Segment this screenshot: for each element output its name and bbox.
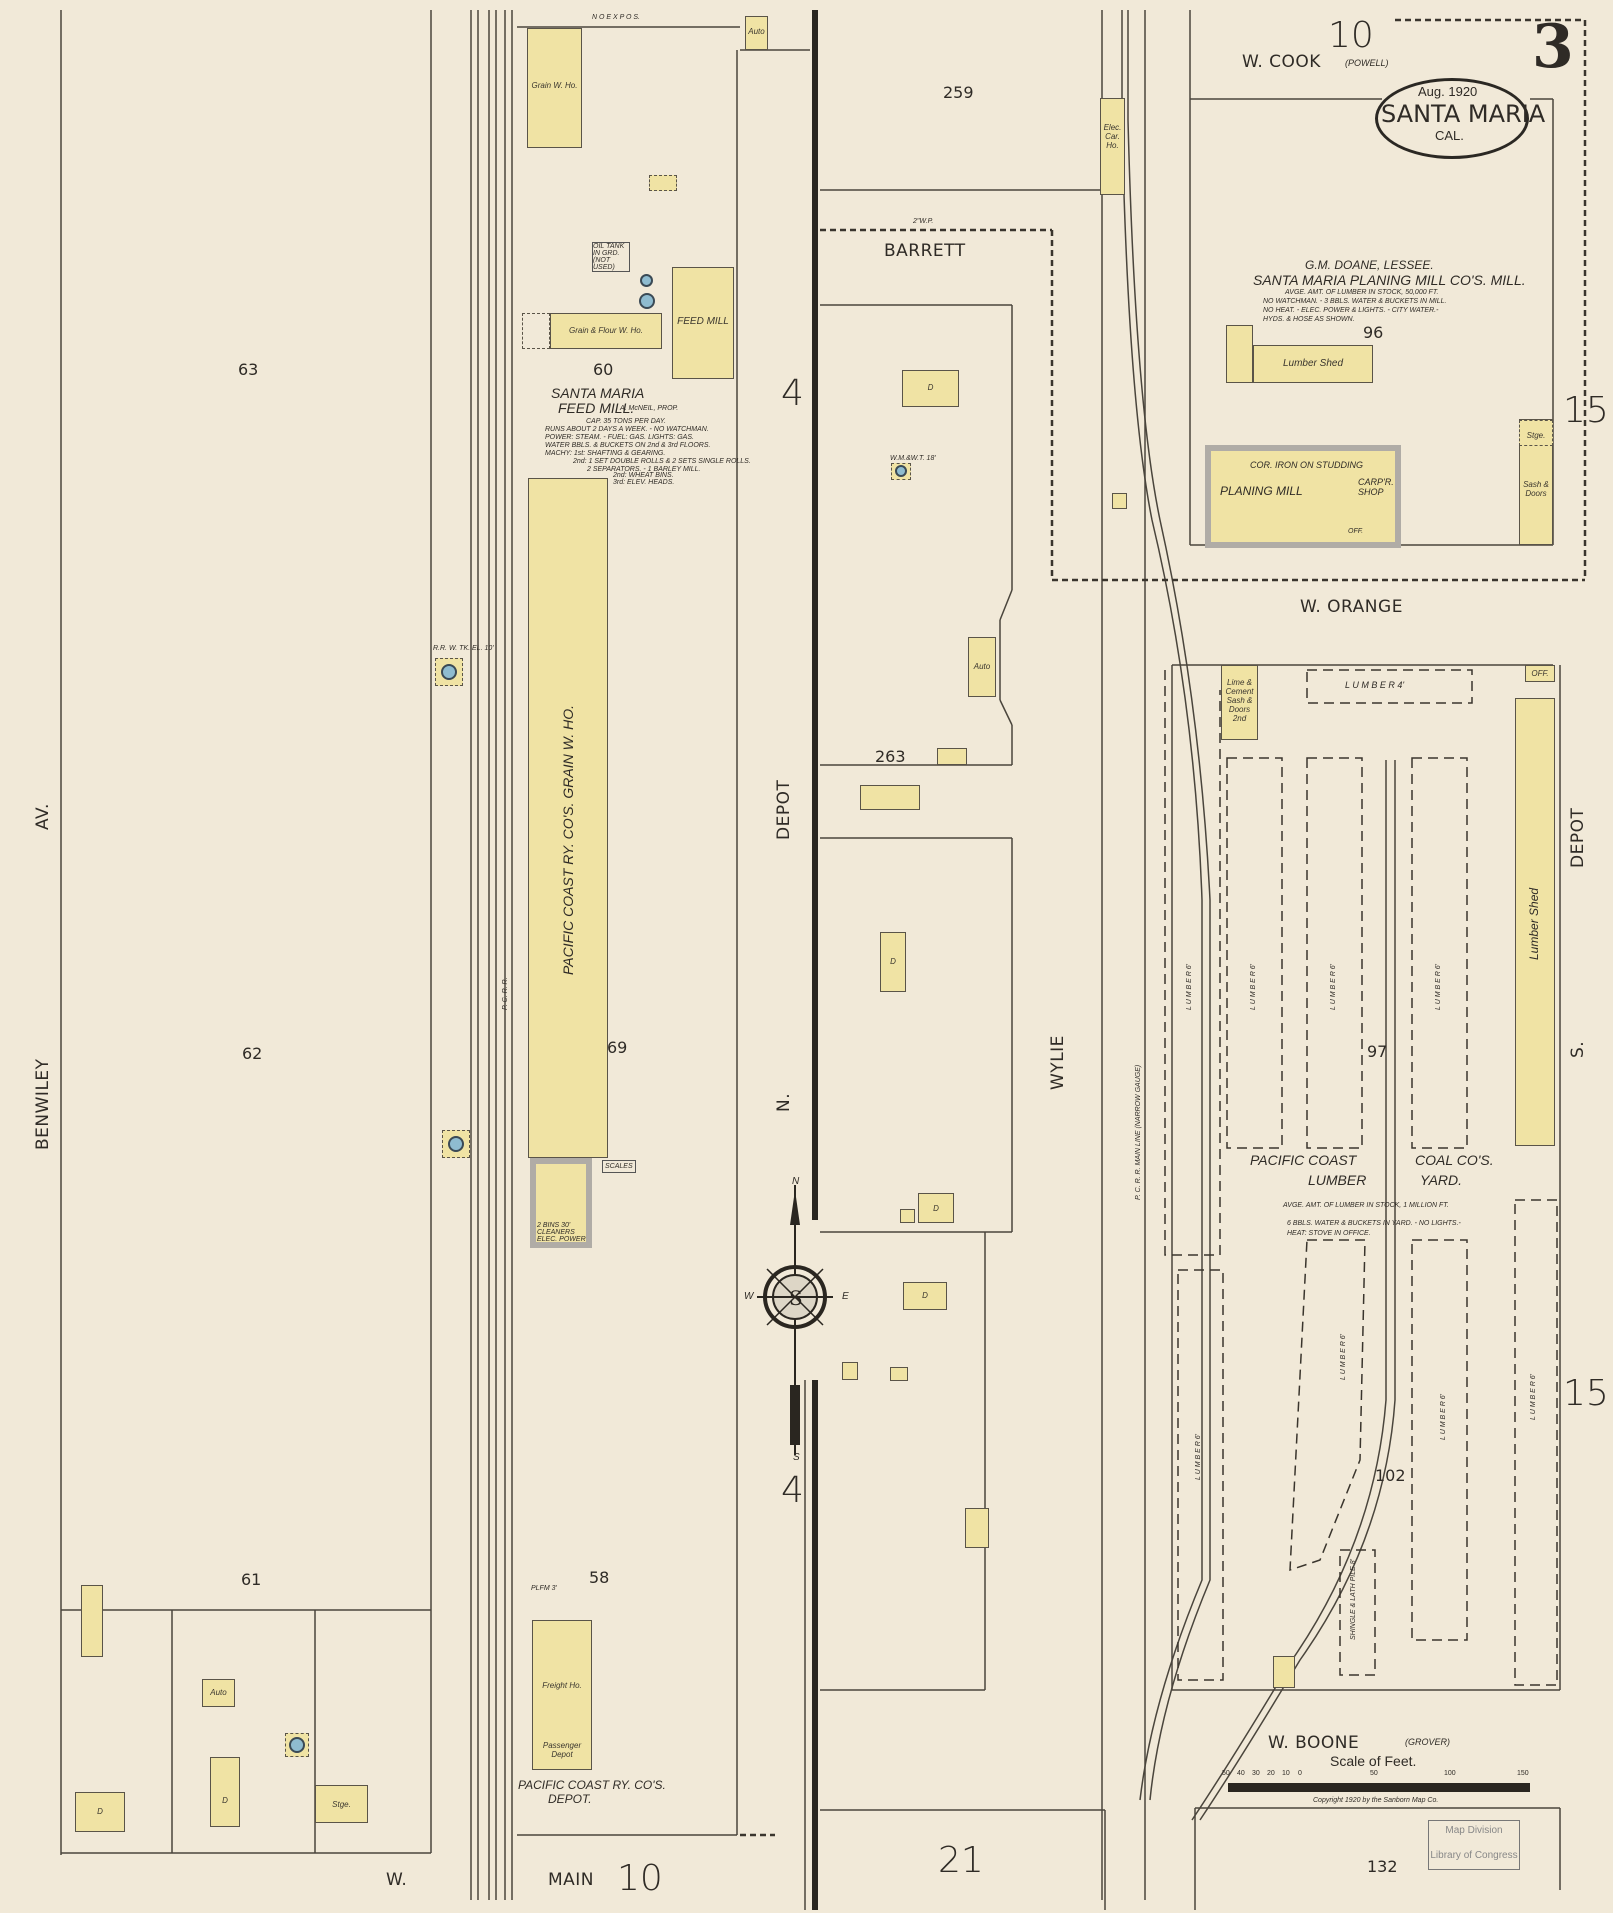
building-feed-mill: FEED MILL xyxy=(672,267,734,379)
oil-tank-label: OIL TANK IN GRD. (NOT USED) xyxy=(592,242,630,272)
platform-3-label: PLFM 3' xyxy=(531,1585,557,1592)
feed-mill-note-0: CAP. 35 TONS PER DAY. xyxy=(586,418,666,425)
block-132: 132 xyxy=(1367,1857,1398,1876)
map-sheet: Aug. 1920 SANTA MARIA CAL. 3 W. COOK (PO… xyxy=(0,0,1613,1913)
planing-note-0: AVGE. AMT. OF LUMBER IN STOCK, 50,000 FT… xyxy=(1285,289,1438,296)
street-benwiley-suffix: AV. xyxy=(33,803,53,830)
street-w-cook-alt: (POWELL) xyxy=(1345,58,1389,68)
planing-note-2: NO HEAT. - ELEC. POWER & LIGHTS. - CITY … xyxy=(1263,307,1438,314)
compass-n: N xyxy=(792,1176,799,1187)
pc-depot-label: PACIFIC COAST RY. CO'S. xyxy=(518,1778,666,1792)
building-storage-96 xyxy=(1226,325,1253,383)
off-label: OFF. xyxy=(1348,528,1363,535)
planing-mill-label: PLANING MILL xyxy=(1220,484,1303,498)
street-w-main-prefix: W. xyxy=(386,1870,407,1890)
planing-lessee: G.M. DOANE, LESSEE. xyxy=(1305,258,1434,272)
building-dwelling-263e: D xyxy=(903,1282,947,1310)
compass-e: E xyxy=(842,1291,849,1302)
block-96: 96 xyxy=(1363,323,1383,342)
street-depot-s: DEPOT xyxy=(1568,808,1588,868)
adjacent-sheet-center-lower: 4 xyxy=(781,1470,804,1511)
feed-mill-note-3: WATER BBLS. & BUCKETS ON 2nd & 3rd FLOOR… xyxy=(545,442,710,449)
lumber-pile-label: L U M B E R 6' xyxy=(1195,1434,1202,1480)
block-61: 61 xyxy=(241,1570,261,1589)
lumber-pile-label: L U M B E R 6' xyxy=(1440,1394,1447,1440)
building-auto-259: Auto xyxy=(968,637,996,697)
street-benwiley: BENWILEY xyxy=(33,1058,53,1150)
yard-sub-1: LUMBER xyxy=(1308,1172,1366,1188)
street-depot-n-prefix: N. xyxy=(774,1093,794,1112)
lumber-pile-label: L U M B E R 6' xyxy=(1340,1334,1347,1380)
title-date: Aug. 1920 xyxy=(1418,84,1477,99)
lumber-pile-label: L U M B E R 6' xyxy=(1435,964,1442,1010)
svg-text:S: S xyxy=(789,1286,803,1310)
feed-mill-note-8: 3rd: ELEV. HEADS. xyxy=(613,479,674,486)
yard-note-2: HEAT: STOVE IN OFFICE. xyxy=(1287,1230,1371,1237)
street-barrett: BARRETT xyxy=(884,241,966,261)
pcrr-label: P. C. R. R. xyxy=(502,977,509,1010)
feed-mill-note-1: RUNS ABOUT 2 DAYS A WEEK. - NO WATCHMAN. xyxy=(545,426,709,433)
street-depot-s-prefix: S. xyxy=(1568,1041,1588,1058)
elec-motor-label: 2 BINS 30' CLEANERS ELEC. POWER xyxy=(537,1222,587,1243)
street-w-cook: W. COOK xyxy=(1242,52,1321,72)
building-lumber-shed: Lumber Shed xyxy=(1253,345,1373,383)
sheet-number: 3 xyxy=(1532,12,1574,82)
block-69: 69 xyxy=(607,1038,627,1057)
scales-label: SCALES xyxy=(602,1160,636,1173)
water-tank-icon xyxy=(441,664,457,680)
pc-depot-label-2: DEPOT. xyxy=(548,1792,592,1806)
building-lime-cement: Lime & Cement Sash & Doors 2nd xyxy=(1221,665,1258,740)
yard-title-1: PACIFIC COAST xyxy=(1250,1152,1356,1168)
block-102: 102 xyxy=(1375,1466,1406,1485)
planing-title: SANTA MARIA PLANING MILL CO'S. MILL. xyxy=(1253,272,1526,288)
water-tank-259-label: W.M.&W.T. 18' xyxy=(890,455,936,462)
carp-shop-label: CARP'R. SHOP xyxy=(1358,477,1393,497)
building-storage-97 xyxy=(1273,1656,1295,1688)
block-97: 97 xyxy=(1367,1042,1387,1061)
building-dwelling-259: D xyxy=(902,370,959,407)
rr-water-tank-label: R.R. W. TK. EL. 10' xyxy=(433,645,494,652)
street-w-boone: W. BOONE xyxy=(1268,1733,1359,1753)
building-elec-car-house: Elec. Car. Ho. xyxy=(1100,98,1125,195)
water-pipe-label: 2"W.P. xyxy=(913,218,933,225)
block-259: 259 xyxy=(943,83,974,102)
copyright: Copyright 1920 by the Sanborn Map Co. xyxy=(1313,1797,1438,1804)
building-platform-west xyxy=(522,313,550,349)
building-small-wylie xyxy=(1112,493,1127,509)
adjacent-sheet-right-upper: 15 xyxy=(1563,390,1609,431)
building-office-97: OFF. xyxy=(1525,665,1555,682)
lumber-pile-label: L U M B E R 6' xyxy=(1330,964,1337,1010)
building-dwelling-263c: D xyxy=(918,1193,954,1223)
building-shed-263h xyxy=(965,1508,989,1548)
pc-grain-warehouse-label: PACIFIC COAST RY. CO'S. GRAIN W. HO. xyxy=(560,705,576,975)
compass-s: S xyxy=(793,1452,800,1463)
no-expos-label: N O E X P O S. xyxy=(592,14,640,21)
street-depot-n: DEPOT xyxy=(774,780,794,840)
building-small-263d xyxy=(900,1209,915,1223)
main-line-label: P. C. R. R. MAIN LINE (NARROW GAUGE) xyxy=(1135,1065,1142,1200)
street-main: MAIN xyxy=(548,1870,594,1890)
water-tank-icon xyxy=(639,293,655,309)
feed-mill-note-7: 2nd: WHEAT BINS. xyxy=(613,472,674,479)
water-tank-icon xyxy=(640,274,653,287)
library-stamp: Map Division Library of Congress xyxy=(1428,1820,1520,1870)
compass-rose-icon: S xyxy=(745,1175,845,1465)
planing-note-3: HYDS. & HOSE AS SHOWN. xyxy=(1263,316,1355,323)
building-freight-house: Freight Ho.Passenger Depot xyxy=(532,1620,592,1770)
block-63: 63 xyxy=(238,360,258,379)
building-small-263 xyxy=(937,748,967,765)
building-auto-61: Auto xyxy=(202,1679,235,1707)
planing-note-1: NO WATCHMAN. - 3 BBLS. WATER & BUCKETS I… xyxy=(1263,298,1446,305)
adjacent-sheet-top: 10 xyxy=(1328,15,1374,56)
water-tank-icon xyxy=(289,1737,305,1753)
block-62: 62 xyxy=(242,1044,262,1063)
feed-mill-title: SANTA MARIA xyxy=(551,385,644,401)
lumber-pile-label: L U M B E R 6' xyxy=(1530,1374,1537,1420)
building-storage-61b: Stge. xyxy=(315,1785,368,1823)
lumber-pile-label: L U M B E R 6' xyxy=(1250,964,1257,1010)
adjacent-sheet-bottom-main: 10 xyxy=(617,1858,663,1899)
lumber-shed-97-label: Lumber Shed xyxy=(1527,888,1541,960)
feed-mill-note-4: MACHY: 1st: SHAFTING & GEARING. xyxy=(545,450,665,457)
adjacent-sheet-bottom-center: 21 xyxy=(938,1840,984,1881)
building-auto-top: Auto xyxy=(745,16,768,50)
feed-mill-prop: A. McNEIL, PROP. xyxy=(620,405,678,412)
feed-mill-note-5: 2nd: 1 SET DOUBLE ROLLS & 2 SETS SINGLE … xyxy=(573,458,751,465)
building-grain-warehouse: Grain W. Ho. xyxy=(527,28,582,148)
building-storage-corner: Stge. xyxy=(1519,420,1553,446)
title-city: SANTA MARIA xyxy=(1381,100,1545,128)
cor-iron-label: COR. IRON ON STUDDING xyxy=(1250,460,1363,470)
block-263: 263 xyxy=(875,747,906,766)
adjacent-sheet-right-lower: 15 xyxy=(1563,1373,1609,1414)
building-dwelling-61b: D xyxy=(210,1757,240,1827)
building-dwelling-263 xyxy=(860,785,920,810)
feed-mill-note-2: POWER: STEAM. - FUEL: GAS. LIGHTS: GAS. xyxy=(545,434,694,441)
lumber-pile-label: L U M B E R 6' xyxy=(1186,964,1193,1010)
yard-note-0: AVGE. AMT. OF LUMBER IN STOCK, 1 MILLION… xyxy=(1283,1202,1449,1209)
yard-sub-2: YARD. xyxy=(1420,1172,1462,1188)
scale-bar xyxy=(1228,1783,1530,1792)
street-w-orange: W. ORANGE xyxy=(1300,597,1403,617)
building-grain-flour-warehouse: Grain & Flour W. Ho. xyxy=(550,313,662,349)
building-small-263g xyxy=(890,1367,908,1381)
street-wylie: WYLIE xyxy=(1048,1035,1068,1090)
water-tank-icon xyxy=(895,465,907,477)
scale-title: Scale of Feet. xyxy=(1330,1753,1416,1769)
block-58: 58 xyxy=(589,1568,609,1587)
building-storage-61 xyxy=(81,1585,103,1657)
yard-note-1: 6 BBLS. WATER & BUCKETS IN YARD. - NO LI… xyxy=(1287,1220,1461,1227)
scale-ticks: 50 40 30 20 10 0 50 100 150 xyxy=(1222,1770,1532,1782)
compass-w: W xyxy=(744,1291,753,1302)
lumber-4-label: L U M B E R 4' xyxy=(1345,680,1404,690)
title-state: CAL. xyxy=(1435,128,1464,143)
building-small-shed xyxy=(649,175,677,191)
building-dwelling-263b: D xyxy=(880,932,906,992)
adjacent-sheet-center-upper: 4 xyxy=(781,373,804,414)
water-tank-icon xyxy=(448,1136,464,1152)
block-60: 60 xyxy=(593,360,613,379)
building-dwelling-61a: D xyxy=(75,1792,125,1832)
yard-title-2: COAL CO'S. xyxy=(1415,1152,1494,1168)
street-w-boone-alt: (GROVER) xyxy=(1405,1737,1450,1747)
shingle-lath-label: SHINGLE & LATH PILE 8' xyxy=(1350,1559,1357,1640)
